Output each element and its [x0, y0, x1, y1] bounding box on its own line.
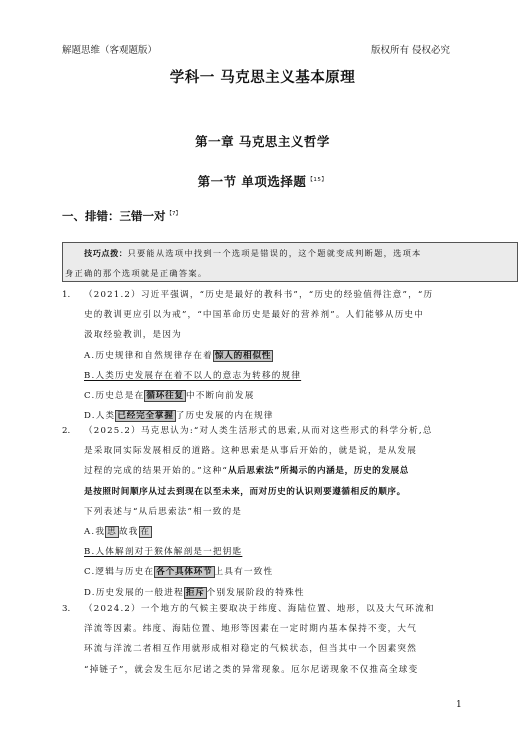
stem-emphasis: 是按照时间顺序从过去到现在以至未来，而对历史的认识则要遵循相反的顺序。	[84, 487, 406, 497]
keyword-highlight: 惊人的相似性	[213, 350, 273, 362]
option-text: D.历史发展的一般进程	[84, 588, 184, 598]
section-title-text: 第一节 单项选择题	[198, 174, 307, 189]
option-text: D.人类	[84, 411, 115, 421]
question-stem-line: 过程的完成的结果开始的。”这种“从后思索法”所揭示的内涵是，历史的发展总	[62, 461, 522, 481]
header-book-title: 解题思维（客观题版）	[62, 42, 157, 56]
question-stem-line: 1. （2021.2）习近平强调，“历史是最好的教科书”，“历史的经验值得注意”…	[62, 285, 522, 305]
option-text: C.逻辑与历史在	[84, 567, 154, 577]
option-text: 中不断向前发展	[186, 391, 255, 401]
question-stem-line: 2. （2025.2）马克思认为:“对人类生活形式的思索,从而对这些形式的科学分…	[62, 421, 522, 441]
correct-answer-text: B.人类历史发展存在着不以人的意志为转移的规律	[84, 371, 301, 381]
question-number: 3.	[62, 599, 70, 619]
question-stem-line: 洋流等因素。纬度、海陆位置、地形等因素在一定时期内基本保持不变，大气	[62, 619, 522, 639]
option-text: 了历史发展的内在规律	[176, 411, 274, 421]
question-stem-line: 汲取经验教训，是因为	[62, 325, 522, 345]
stem-text: （2025.2）马克思认为:“对人类生活形式的思索,从而对这些形式的科学分析,总	[84, 426, 433, 436]
question-stem-line: 下列表述与“从后思索法”相一致的是	[62, 502, 522, 522]
stem-text: 过程的完成的结果开始的。”这种“	[84, 466, 228, 476]
stem-text: 下列表述与“从后思索法”相一致的是	[84, 507, 242, 517]
question-2: 2. （2025.2）马克思认为:“对人类生活形式的思索,从而对这些形式的科学分…	[62, 421, 522, 603]
option-c: C.历史总是在循环往复中不断向前发展	[62, 386, 522, 406]
tip-text-1: 只要能从选项中找到一个选项是错误的，这个题就变成判断题，选项本	[127, 248, 421, 258]
document-page: 解题思维（客观题版） 版权所有 侵权必究 学科一 马克思主义基本原理 第一章 马…	[0, 0, 525, 738]
page-number: 1	[456, 700, 462, 710]
question-number: 2.	[62, 421, 70, 441]
keyword-highlight: 拒斥	[184, 587, 207, 599]
part-question-count: 【7】	[167, 211, 182, 217]
tip-line-1: 技巧点拨：只要能从选项中找到一个选项是错误的，这个题就变成判断题，选项本	[65, 243, 515, 263]
stem-text: “掉链子”，就会发生厄尔尼诺之类的异常现象。厄尔尼诺现象不仅推高全球变	[84, 665, 418, 675]
question-number: 1.	[62, 285, 70, 305]
option-a: A.历史规律和自然规律存在着惊人的相似性	[62, 346, 522, 366]
keyword-highlight: 各个具体环节	[154, 566, 214, 578]
question-stem-line: 是采取同实际发展相反的道路。这种思索是从事后开始的，就是说，是从发展	[62, 441, 522, 461]
tip-line-2: 身正确的那个选项就是正确答案。	[65, 263, 515, 283]
stem-text: 环流与洋流二者相互作用就形成相对稳定的气候状态，但当其中一个因素突然	[84, 644, 417, 654]
keyword-highlight: 思	[105, 526, 119, 538]
option-text: 个别发展阶段的特殊性	[207, 588, 305, 598]
header-copyright: 版权所有 侵权必究	[371, 42, 450, 56]
section-title: 第一节 单项选择题【15】	[0, 172, 525, 190]
option-text: 故我	[119, 527, 139, 537]
running-header: 解题思维（客观题版） 版权所有 侵权必究	[62, 42, 450, 56]
chapter-title: 第一章 马克思主义哲学	[0, 132, 525, 150]
question-stem-line: 环流与洋流二者相互作用就形成相对稳定的气候状态，但当其中一个因素突然	[62, 639, 522, 659]
stem-emphasis: 从后思索法”所揭示的内涵是，历史的发展总	[228, 466, 409, 476]
stem-text: 汲取经验教训，是因为	[84, 330, 182, 340]
question-stem-line: 是按照时间顺序从过去到现在以至未来，而对历史的认识则要遵循相反的顺序。	[62, 482, 522, 502]
stem-text: 是采取同实际发展相反的道路。这种思索是从事后开始的，就是说，是从发展	[84, 446, 417, 456]
option-b-answer: B.人类历史发展存在着不以人的意志为转移的规律	[62, 366, 522, 386]
option-text: A.历史规律和自然规律存在着	[84, 351, 213, 361]
question-1: 1. （2021.2）习近平强调，“历史是最好的教科书”，“历史的经验值得注意”…	[62, 285, 522, 426]
question-stem-line: 史的教训更应引以为戒”，“中国革命历史是最好的营养剂”。人们能够从历史中	[62, 305, 522, 325]
part-heading-text: 一、排错：三错一对	[62, 209, 166, 223]
keyword-highlight: 循环往复	[144, 390, 186, 402]
option-text: A.我	[84, 527, 105, 537]
stem-text: （2021.2）习近平强调，“历史是最好的教科书”，“历史的经验值得注意”，“历	[84, 290, 433, 300]
tip-box: 技巧点拨：只要能从选项中找到一个选项是错误的，这个题就变成判断题，选项本 身正确…	[62, 242, 518, 282]
section-question-count: 【15】	[307, 177, 327, 183]
option-text: 上具有一致性	[215, 567, 274, 577]
question-3: 3. （2024.2）一个地方的气候主要取决于纬度、海陆位置、地形，以及大气环流…	[62, 599, 522, 680]
option-b-answer: B.人体解剖对于猴体解剖是一把钥匙	[62, 542, 522, 562]
keyword-highlight: 在	[139, 526, 153, 538]
stem-text: 史的教训更应引以为戒”，“中国革命历史是最好的营养剂”。人们能够从历史中	[84, 310, 424, 320]
correct-answer-text: B.人体解剖对于猴体解剖是一把钥匙	[84, 547, 242, 557]
stem-text: （2024.2）一个地方的气候主要取决于纬度、海陆位置、地形，以及大气环流和	[84, 604, 435, 614]
part-heading: 一、排错：三错一对【7】	[62, 208, 181, 224]
tip-label: 技巧点拨：	[65, 248, 127, 258]
question-stem-line: 3. （2024.2）一个地方的气候主要取决于纬度、海陆位置、地形，以及大气环流…	[62, 599, 522, 619]
option-c: C.逻辑与历史在各个具体环节上具有一致性	[62, 562, 522, 582]
option-a: A.我思故我在	[62, 522, 522, 542]
stem-text: 洋流等因素。纬度、海陆位置、地形等因素在一定时期内基本保持不变，大气	[84, 624, 417, 634]
question-stem-line: “掉链子”，就会发生厄尔尼诺之类的异常现象。厄尔尼诺现象不仅推高全球变	[62, 660, 522, 680]
option-text: C.历史总是在	[84, 391, 144, 401]
subject-title: 学科一 马克思主义基本原理	[0, 66, 525, 87]
